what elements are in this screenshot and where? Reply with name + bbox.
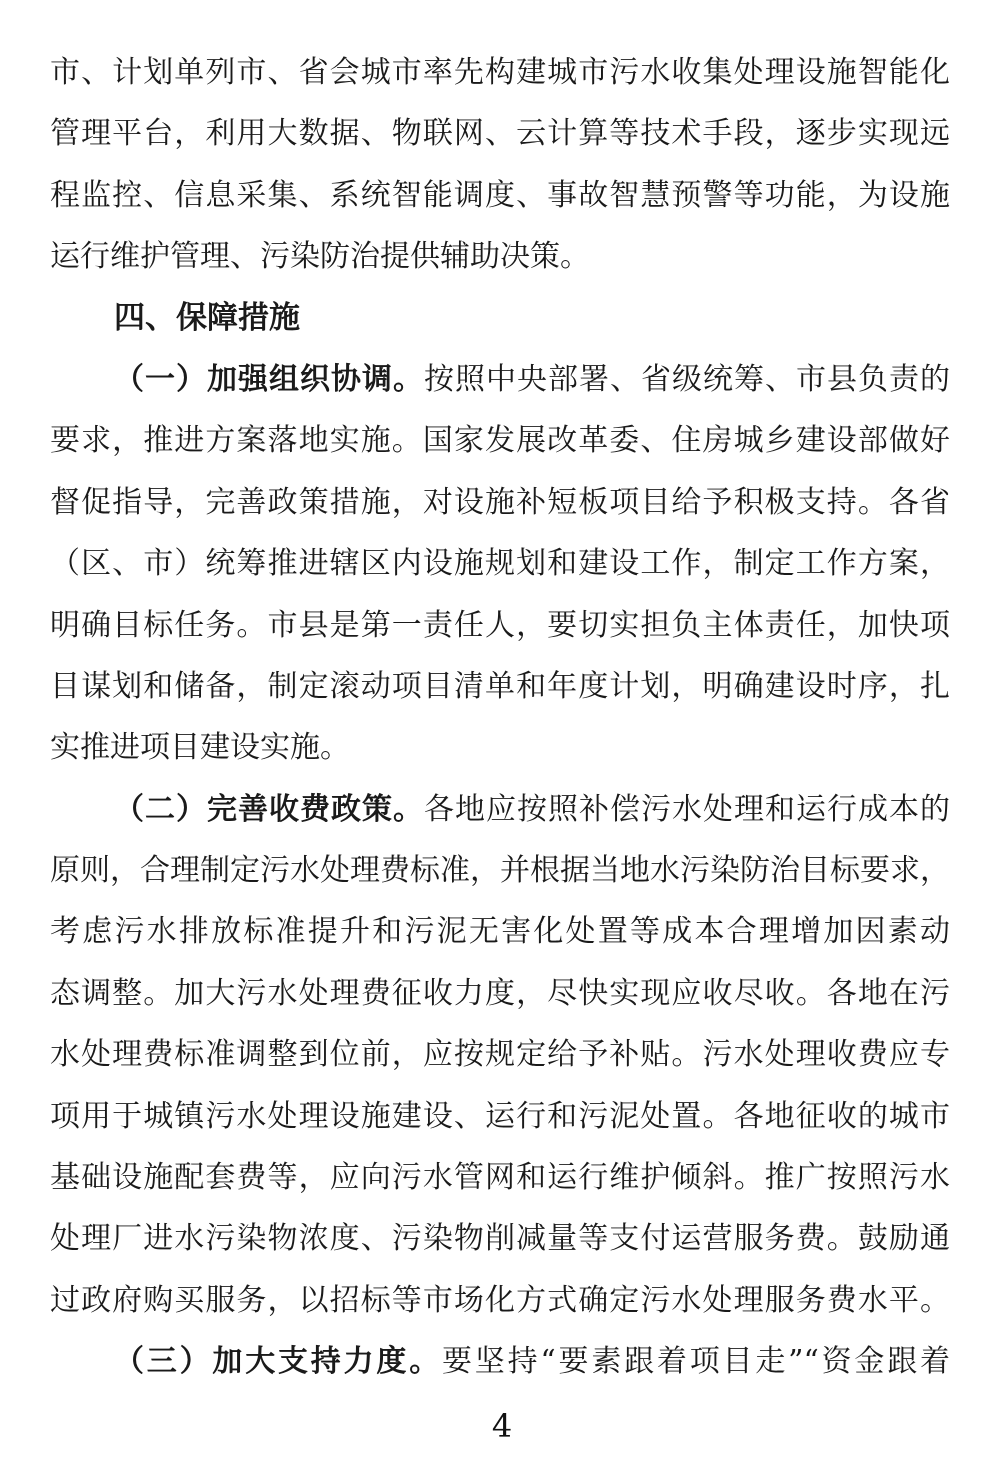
body-line: （区、市）统筹推进辖区内设施规划和建设工作，制定工作方案， [50,533,950,594]
paragraph-first-line: （二）完善收费政策。各地应按照补偿污水处理和运行成本的 [50,779,950,840]
line-text: 运行维护管理、污染防治提供辅助决策。 [50,239,590,274]
line-text: 项用于城镇污水处理设施建设、运行和污泥处置。各地征收的城市 [50,1099,950,1134]
line-text: 原则，合理制定污水处理费标准，并根据当地水污染防治目标要求， [50,853,950,888]
body-line: 督促指导，完善政策措施，对设施补短板项目给予积极支持。各省 [50,472,950,533]
line-text: 实推进项目建设实施。 [50,730,350,765]
line-text: 过政府购买服务，以招标等市场化方式确定污水处理服务费水平。 [50,1283,950,1318]
line-text: 明确目标任务。市县是第一责任人，要切实担负主体责任，加快项 [50,608,950,643]
line-text: 要求，推进方案落地实施。国家发展改革委、住房城乡建设部做好 [50,423,950,458]
body-line: 明确目标任务。市县是第一责任人，要切实担负主体责任，加快项 [50,595,950,656]
body-line: 项用于城镇污水处理设施建设、运行和污泥处置。各地征收的城市 [50,1086,950,1147]
body-line: 水处理费标准调整到位前，应按规定给予补贴。污水处理收费应专 [50,1024,950,1085]
line-text: 处理厂进水污染物浓度、污染物削减量等支付运营服务费。鼓励通 [50,1221,950,1256]
line-text: 态调整。加大污水处理费征收力度，尽快实现应收尽收。各地在污 [50,976,950,1011]
line-text: 各地应按照补偿污水处理和运行成本的 [424,792,950,827]
body-line: 原则，合理制定污水处理费标准，并根据当地水污染防治目标要求， [50,840,950,901]
paragraph-lead: （二）完善收费政策。 [114,792,424,827]
line-text: 考虑污水排放标准提升和污泥无害化处置等成本合理增加因素动 [50,914,950,949]
body-line: 过政府购买服务，以招标等市场化方式确定污水处理服务费水平。 [50,1270,950,1331]
body-line: 考虑污水排放标准提升和污泥无害化处置等成本合理增加因素动 [50,901,950,962]
body-line: 管理平台，利用大数据、物联网、云计算等技术手段，逐步实现远 [50,103,950,164]
body-line: 处理厂进水污染物浓度、污染物削减量等支付运营服务费。鼓励通 [50,1208,950,1269]
body-line: 要求，推进方案落地实施。国家发展改革委、住房城乡建设部做好 [50,410,950,471]
body-line: 基础设施配套费等，应向污水管网和运行维护倾斜。推广按照污水 [50,1147,950,1208]
line-text: 管理平台，利用大数据、物联网、云计算等技术手段，逐步实现远 [50,116,950,151]
line-text: 目谋划和储备，制定滚动项目清单和年度计划，明确建设时序，扎 [50,669,950,704]
section-heading: 四、保障措施 [50,288,950,349]
body-line: 目谋划和储备，制定滚动项目清单和年度计划，明确建设时序，扎 [50,656,950,717]
document-page-body: 市、计划单列市、省会城市率先构建城市污水收集处理设施智能化 管理平台，利用大数据… [50,42,950,1393]
line-text: 基础设施配套费等，应向污水管网和运行维护倾斜。推广按照污水 [50,1160,950,1195]
line-text: 要坚持“要素跟着项目走”“资金跟着 [442,1344,950,1379]
page-number: 4 [0,1406,1004,1446]
line-text: 按照中央部署、省级统筹、市县负责的 [424,362,950,397]
body-line: 程监控、信息采集、系统智能调度、事故智慧预警等功能，为设施 [50,165,950,226]
body-line-paragraph-end: 运行维护管理、污染防治提供辅助决策。 [50,226,950,287]
paragraph-lead: （一）加强组织协调。 [114,362,424,397]
paragraph-lead: （三）加大支持力度。 [114,1344,442,1379]
line-text: 程监控、信息采集、系统智能调度、事故智慧预警等功能，为设施 [50,178,950,213]
line-text: 市、计划单列市、省会城市率先构建城市污水收集处理设施智能化 [50,55,950,90]
body-line: 市、计划单列市、省会城市率先构建城市污水收集处理设施智能化 [50,42,950,103]
paragraph-first-line: （三）加大支持力度。要坚持“要素跟着项目走”“资金跟着 [50,1331,950,1392]
line-text: （区、市）统筹推进辖区内设施规划和建设工作，制定工作方案， [50,546,950,581]
line-text: 水处理费标准调整到位前，应按规定给予补贴。污水处理收费应专 [50,1037,950,1072]
line-text: 督促指导，完善政策措施，对设施补短板项目给予积极支持。各省 [50,485,950,520]
paragraph-first-line: （一）加强组织协调。按照中央部署、省级统筹、市县负责的 [50,349,950,410]
body-line: 态调整。加大污水处理费征收力度，尽快实现应收尽收。各地在污 [50,963,950,1024]
body-line-paragraph-end: 实推进项目建设实施。 [50,717,950,778]
section-heading-text: 四、保障措施 [114,300,300,336]
